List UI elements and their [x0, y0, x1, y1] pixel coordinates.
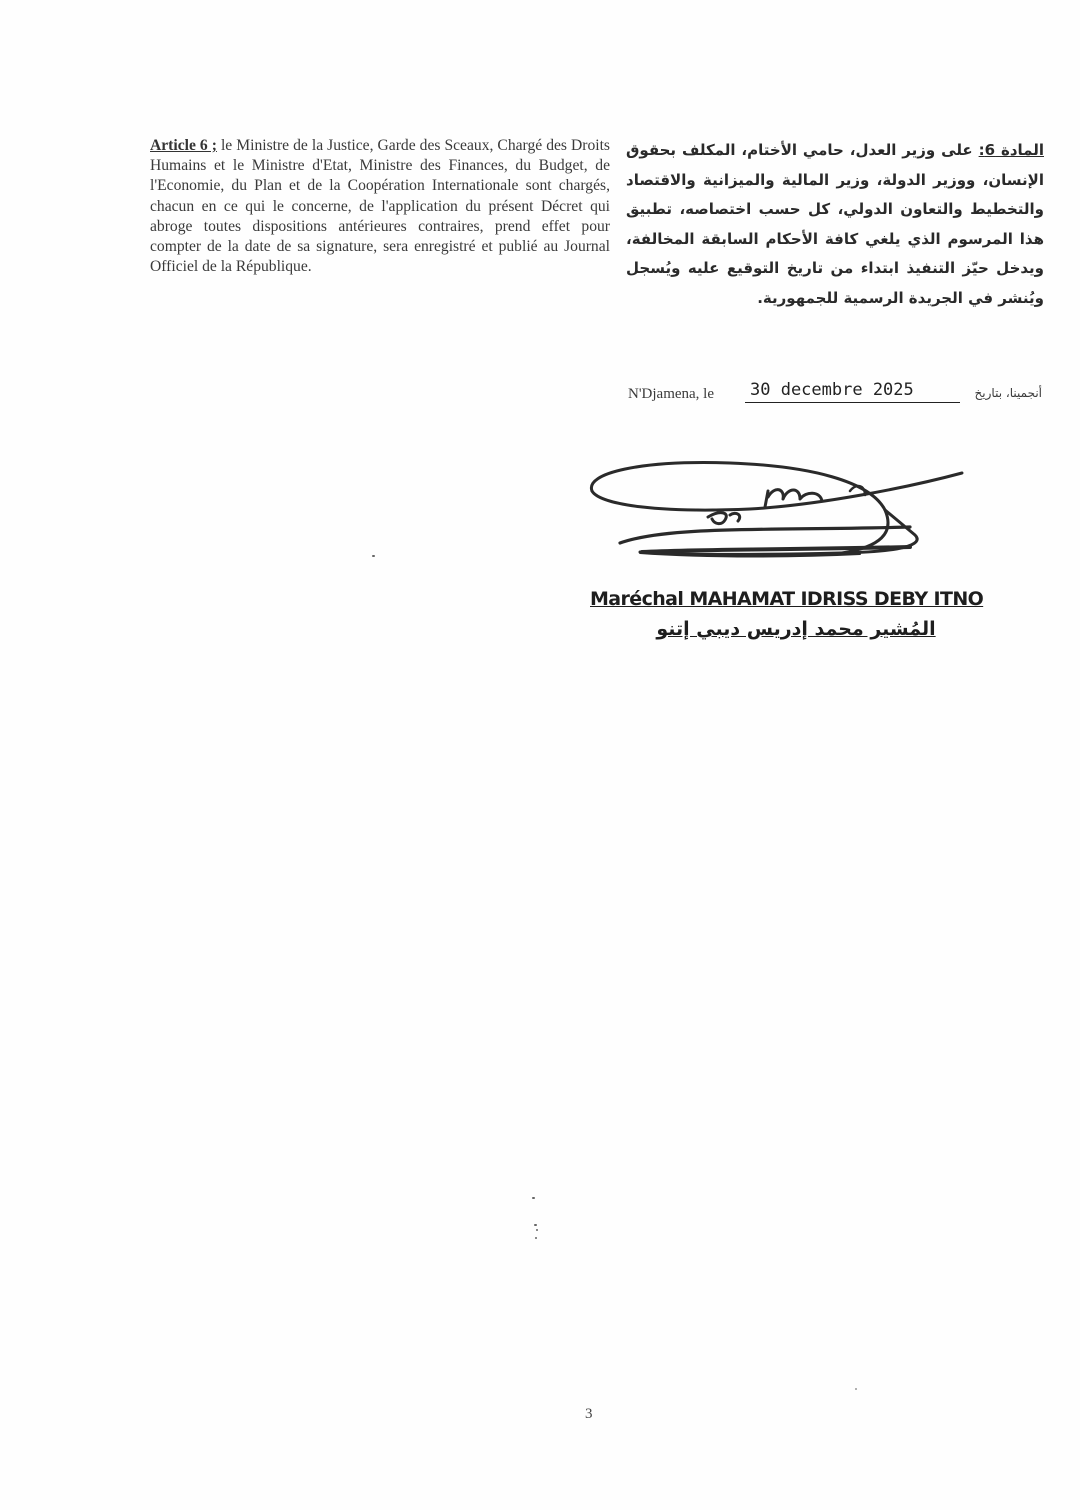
scan-speck	[855, 1388, 857, 1390]
scan-speck	[535, 1237, 537, 1239]
scan-speck	[536, 1229, 538, 1231]
scan-speck	[532, 1197, 535, 1199]
article-label-fr: Article 6 ;	[150, 137, 217, 154]
article-6-arabic: المادة 6: على وزير العدل، حامي الأختام، …	[626, 136, 1044, 313]
scan-speck	[534, 1224, 537, 1226]
scan-speck	[372, 555, 375, 557]
page-number: 3	[585, 1406, 593, 1423]
signatory-name-ar: المُشير محمد إدريس ديبي إتنو	[636, 618, 956, 640]
city-label-fr: N'Djamena, le	[628, 386, 714, 403]
article-text-fr: le Ministre de la Justice, Garde des Sce…	[150, 137, 610, 275]
place-date-line: N'Djamena, le 30 decembre 2025 أنجمينا، …	[628, 380, 1048, 406]
signature-date: 30 decembre 2025	[745, 380, 960, 403]
article-6-french: Article 6 ; le Ministre de la Justice, G…	[150, 136, 610, 277]
signature-icon	[580, 455, 970, 570]
article-text-ar: على وزير العدل، حامي الأختام، المكلف بحق…	[626, 141, 1044, 307]
signatory-name-fr: Maréchal MAHAMAT IDRISS DEBY ITNO	[590, 588, 1020, 610]
city-label-ar: أنجمينا، بتاريخ	[975, 386, 1042, 400]
article-label-ar: المادة 6:	[979, 141, 1044, 159]
document-page: Article 6 ; le Ministre de la Justice, G…	[0, 0, 1080, 1510]
